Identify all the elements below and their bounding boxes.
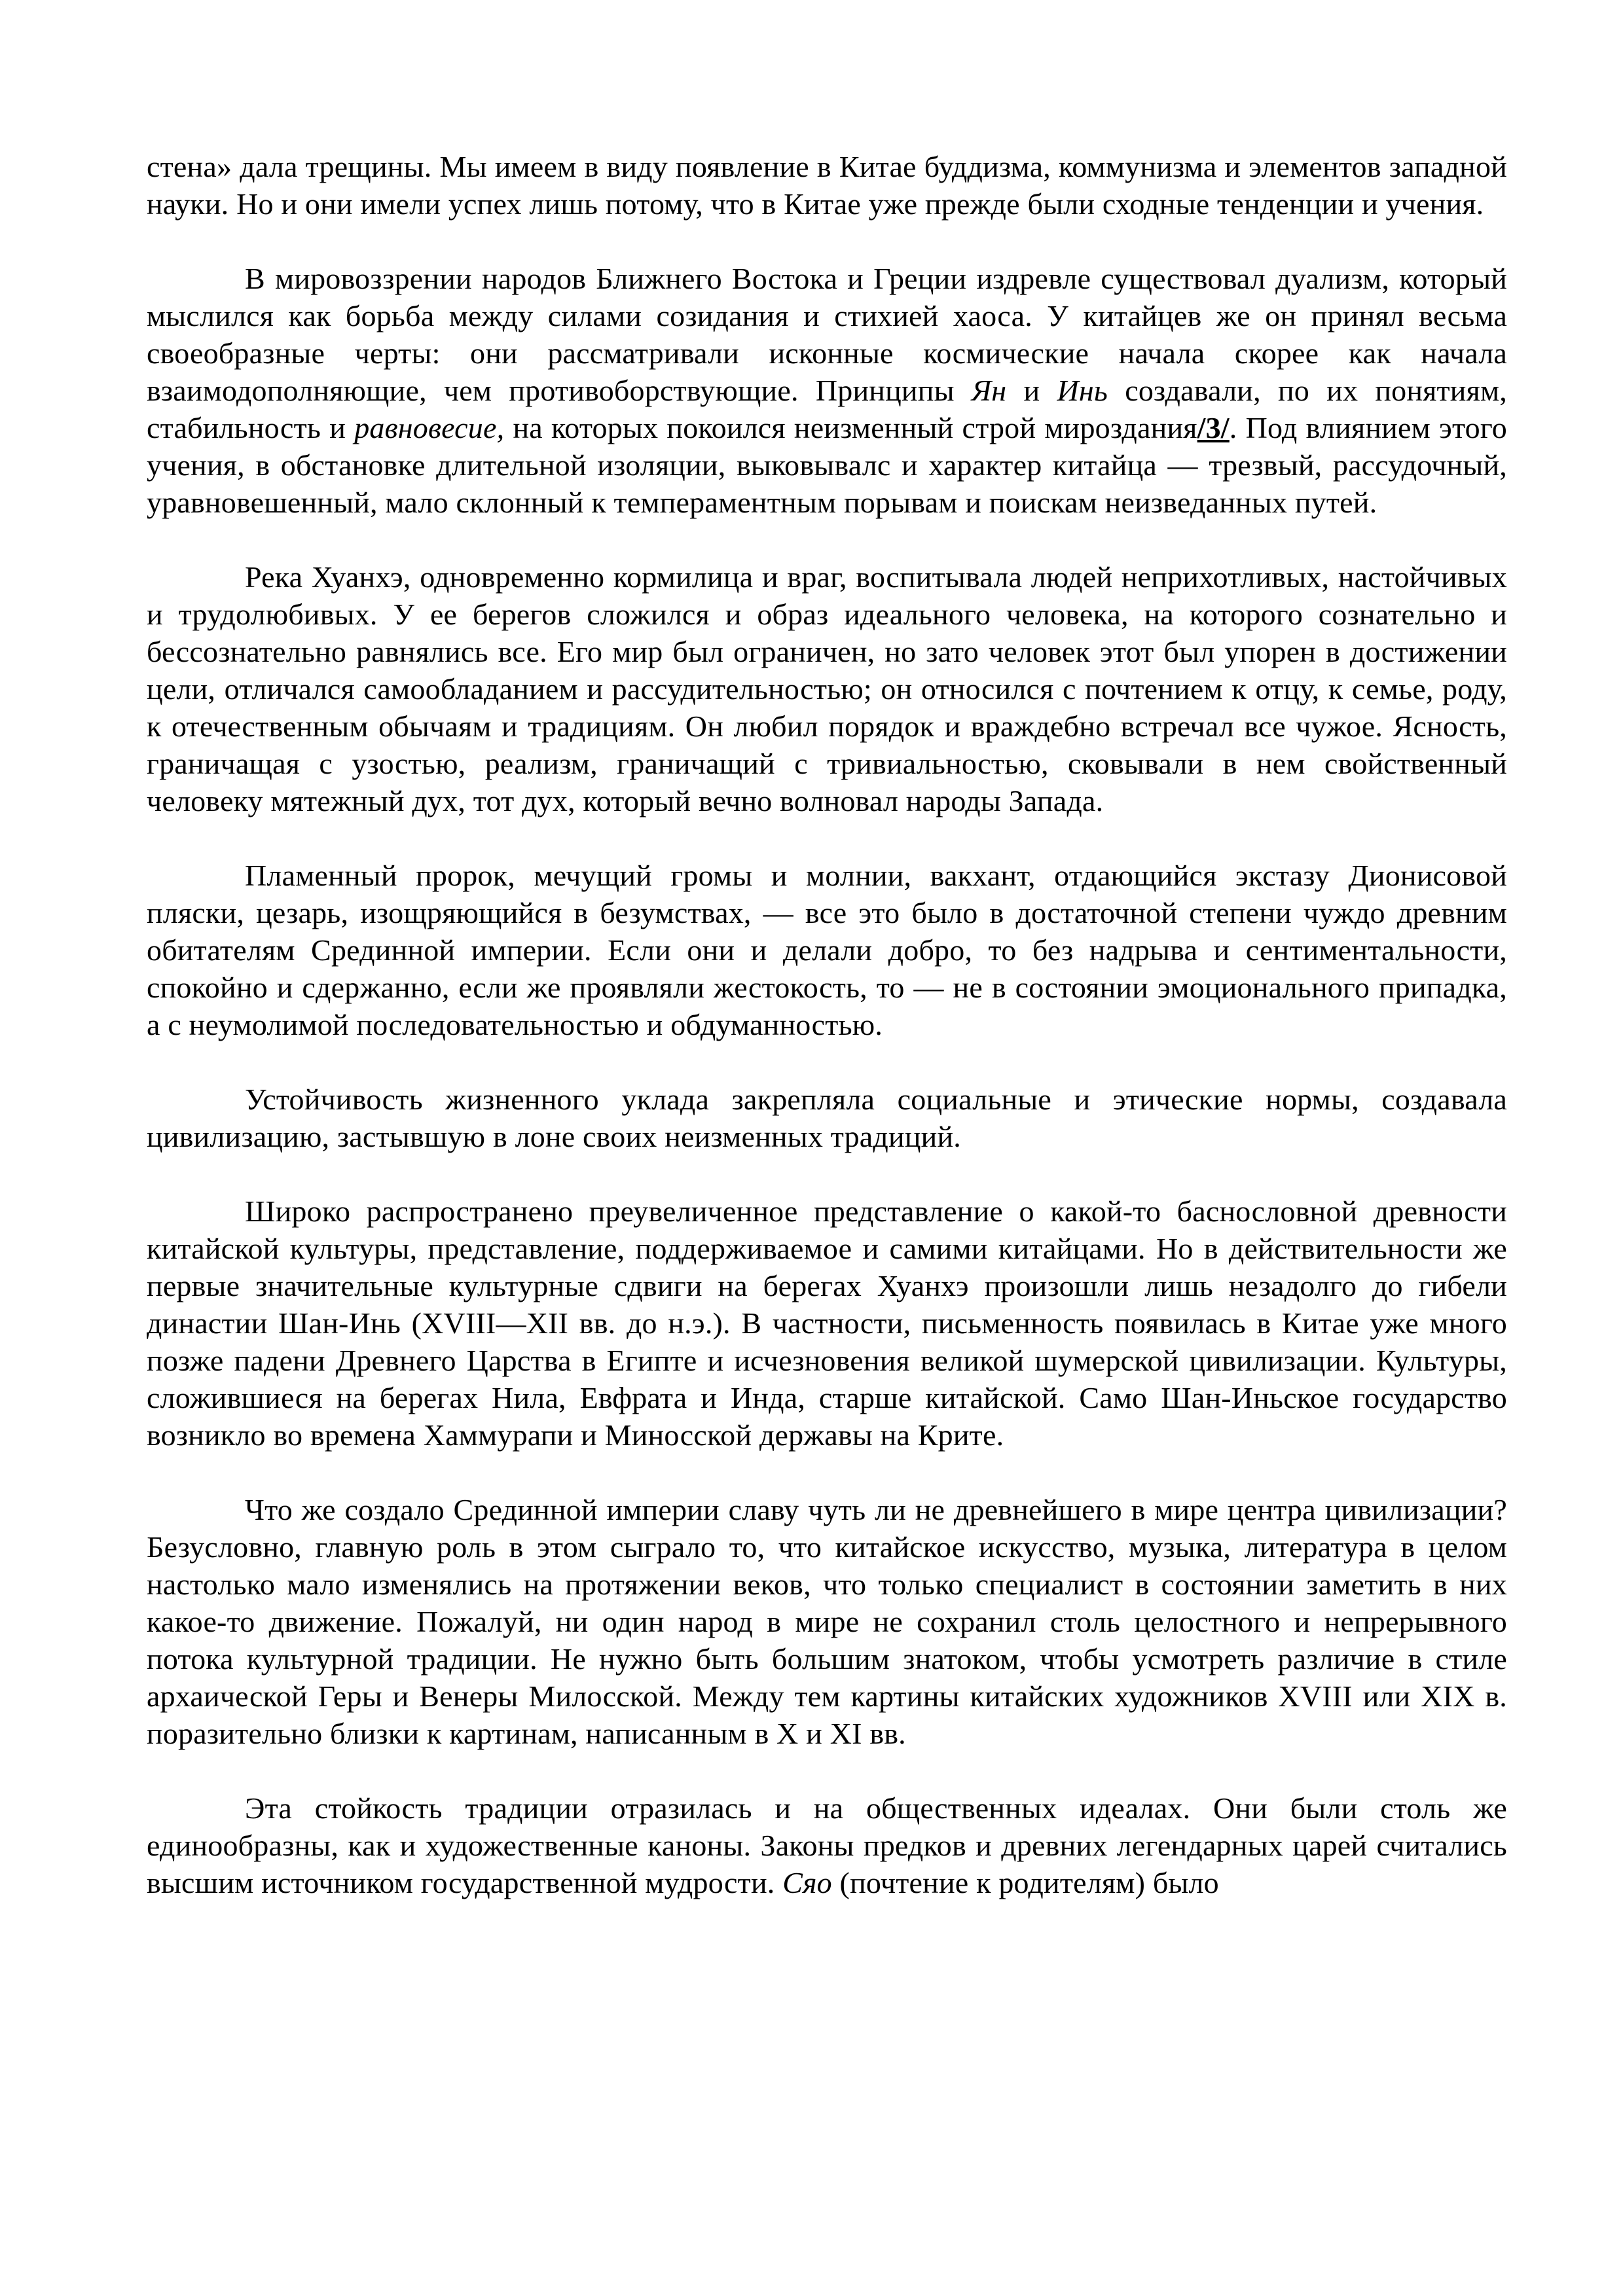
text-run: Широко распространено преувеличенное пре… xyxy=(147,1194,1507,1452)
footnote-reference: /3/ xyxy=(1197,411,1230,444)
paragraph: Эта стойкость традиции отразилась и на о… xyxy=(147,1789,1507,1901)
paragraph: стена» дала трещины. Мы имеем в виду поя… xyxy=(147,148,1507,223)
paragraph: Что же создало Срединной империи славу ч… xyxy=(147,1491,1507,1752)
paragraph: В мировоззрении народов Ближнего Востока… xyxy=(147,260,1507,521)
text-run: равновесие, xyxy=(354,411,504,444)
text-run: (почтение к родителям) было xyxy=(832,1866,1219,1899)
text-run: Река Хуанхэ, одновременно кормилица и вр… xyxy=(147,560,1507,817)
text-run: Ян xyxy=(972,374,1006,407)
paragraph: Пламенный пророк, мечущий громы и молнии… xyxy=(147,857,1507,1043)
text-run: Пламенный пророк, мечущий громы и молнии… xyxy=(147,859,1507,1041)
text-run: Устойчивость жизненного уклада закреплял… xyxy=(147,1083,1507,1153)
text-block: стена» дала трещины. Мы имеем в виду поя… xyxy=(147,148,1507,1939)
text-run: Инь xyxy=(1057,374,1108,407)
paragraph: Широко распространено преувеличенное пре… xyxy=(147,1193,1507,1454)
text-run: Что же создало Срединной империи славу ч… xyxy=(147,1493,1507,1750)
paragraph: Река Хуанхэ, одновременно кормилица и вр… xyxy=(147,558,1507,819)
paragraph: Устойчивость жизненного уклада закреплял… xyxy=(147,1081,1507,1155)
text-run: на которых покоился неизменный строй мир… xyxy=(504,411,1197,444)
text-run: Сяо xyxy=(782,1866,832,1899)
text-run: стена» дала трещины. Мы имеем в виду поя… xyxy=(147,150,1507,221)
document-page: стена» дала трещины. Мы имеем в виду поя… xyxy=(0,0,1623,2296)
text-run: и xyxy=(1006,374,1057,407)
